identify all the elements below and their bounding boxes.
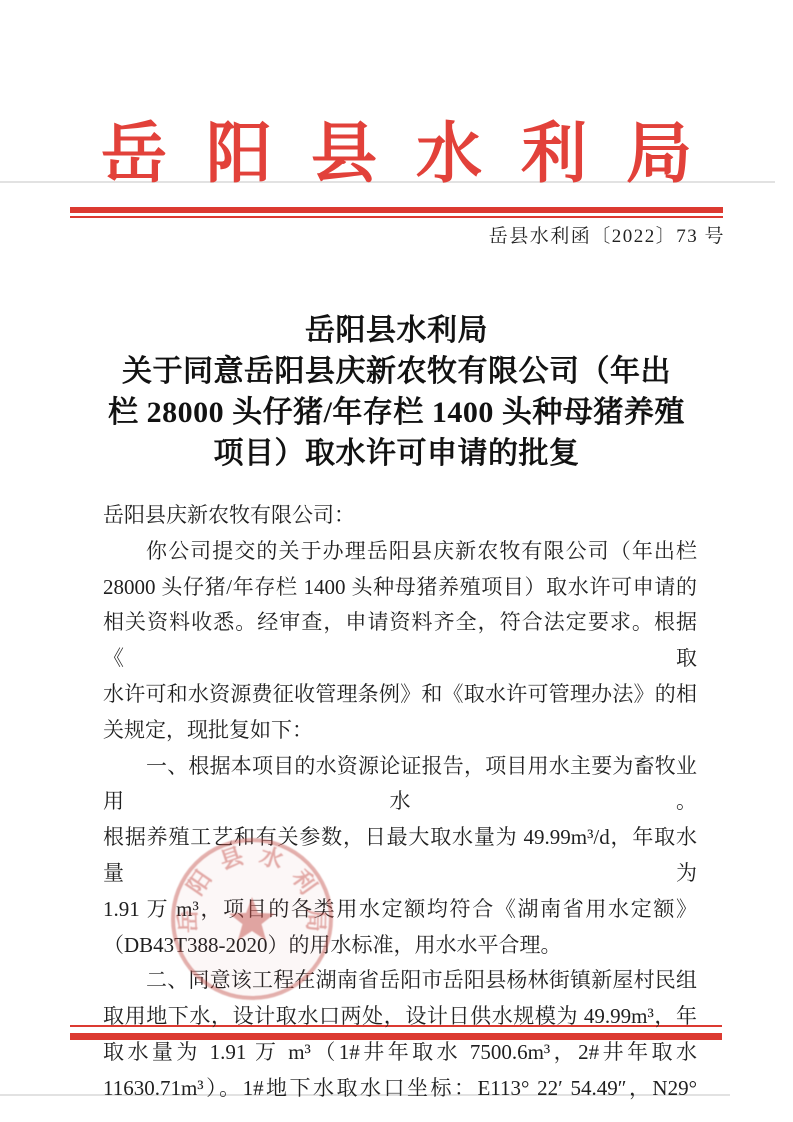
body-line: 岳阳县庆新农牧有限公司： [103,498,697,534]
body-line: 取用地下水，设计取水口两处，设计日供水规模为 49.99m³，年 [103,999,697,1035]
body-line: 二、同意该工程在湖南省岳阳市岳阳县杨林街镇新屋村民组 [103,963,697,999]
body-line: 一、根据本项目的水资源论证报告，项目用水主要为畜牧业用水。 [103,749,697,821]
document-title-line: 岳阳县水利局 [80,310,713,351]
body-text: 岳阳县庆新农牧有限公司：你公司提交的关于办理岳阳县庆新农牧有限公司（年出栏280… [103,498,697,1107]
body-line: 关规定，现批复如下： [103,713,697,749]
body-line: 根据养殖工艺和有关参数，日最大取水量为 49.99m³/d，年取水量为 [103,820,697,892]
body-line: （DB43T388-2020）的用水标准，用水水平合理。 [103,928,697,964]
body-line: 水许可和水资源费征收管理条例》和《取水许可管理办法》的相 [103,677,697,713]
document-title-line: 项目）取水许可申请的批复 [80,433,713,474]
document-number: 岳县水利函〔2022〕73 号 [489,221,725,248]
body-line: 你公司提交的关于办理岳阳县庆新农牧有限公司（年出栏 [103,534,697,570]
document-title-line: 栏 28000 头仔猪/年存栏 1400 头种母猪养殖 [80,392,713,433]
header-divider-thick [70,207,723,213]
body-line: 1.91 万 m³，项目的各类用水定额均符合《湖南省用水定额》 [103,892,697,928]
body-line: 相关资料收悉。经审查，申请资料齐全，符合法定要求。根据《取 [103,605,697,677]
body-line: 11630.71m³）。1#地下水取水口坐标：E113° 22′ 54.49″，… [103,1071,697,1107]
body-line: 28000 头仔猪/年存栏 1400 头种母猪养殖项目）取水许可申请的 [103,570,697,606]
header-divider-thin [70,216,723,218]
document-page: 岳阳县水利局 岳县水利函〔2022〕73 号 岳阳县水利局 关于同意岳阳县庆新农… [0,0,793,1122]
document-title-line: 关于同意岳阳县庆新农牧有限公司（年出 [80,351,713,392]
body-line: 取水量为 1.91 万 m³（1#井年取水 7500.6m³，2#井年取水 [103,1035,697,1071]
agency-name: 岳阳县水利局 [0,116,793,194]
document-title: 岳阳县水利局 关于同意岳阳县庆新农牧有限公司（年出 栏 28000 头仔猪/年存… [80,310,713,474]
